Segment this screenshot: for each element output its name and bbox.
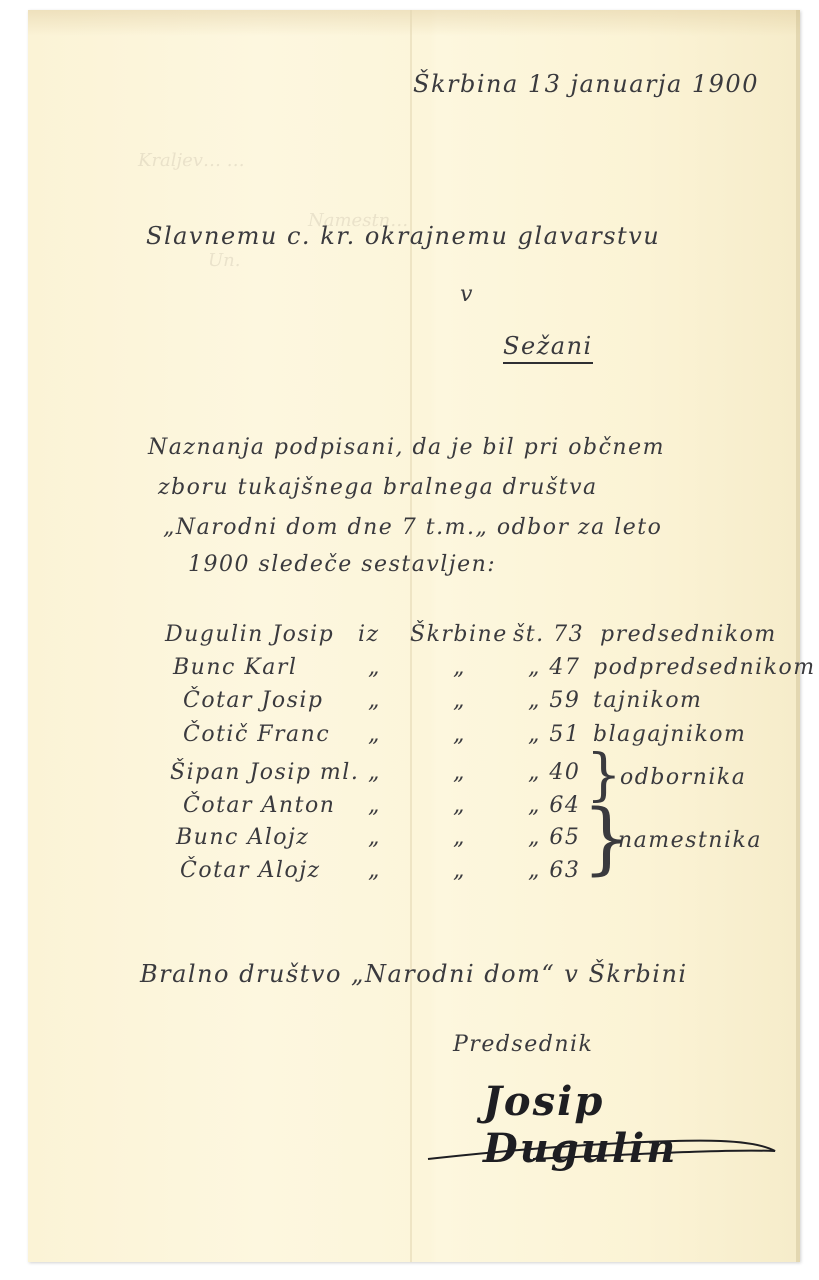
- member-village: „: [453, 722, 466, 747]
- letter-page: Kraljev… … Namestn… Un. Škrbina 13 janua…: [28, 10, 800, 1262]
- member-house-number: „ 47: [528, 655, 580, 680]
- member-house-number: „ 51: [528, 722, 580, 747]
- member-village: Škrbine: [410, 622, 508, 647]
- member-row: Čotič Franc „ „ „ 51 blagajnikom: [28, 722, 800, 756]
- member-village: „: [453, 688, 466, 713]
- bleed-through-text: Un.: [208, 250, 240, 271]
- member-from: „: [368, 793, 381, 818]
- bleed-through-text: Kraljev… …: [138, 150, 245, 171]
- member-village: „: [453, 793, 466, 818]
- body-line: zboru tukajšnega bralnega društva: [158, 475, 598, 500]
- member-house-number: „ 40: [528, 760, 580, 785]
- member-village: „: [453, 760, 466, 785]
- member-name: Šipan Josip ml.: [170, 760, 359, 785]
- member-name: Dugulin Josip: [165, 622, 334, 647]
- member-village: „: [453, 825, 466, 850]
- member-from: „: [368, 825, 381, 850]
- signature-flourish: [423, 1125, 783, 1165]
- member-row: Čotar Anton „ „ „ 64: [28, 793, 800, 827]
- group-role-namestniki: namestnika: [618, 828, 762, 853]
- member-row: Dugulin Josip iz Škrbine št. 73 predsedn…: [28, 622, 800, 656]
- member-house-number: „ 65: [528, 825, 580, 850]
- member-name: Čotar Anton: [183, 793, 335, 818]
- member-name: Bunc Karl: [173, 655, 297, 680]
- addressee-preposition: v: [460, 282, 474, 307]
- member-from: „: [368, 655, 381, 680]
- member-row: Čotar Josip „ „ „ 59 tajnikom: [28, 688, 800, 722]
- member-row: Čotar Alojz „ „ „ 63: [28, 858, 800, 892]
- society-name: Bralno društvo „Narodni dom“ v Škrbini: [140, 960, 688, 988]
- member-role: podpredsednikom: [593, 655, 816, 680]
- member-village: „: [453, 655, 466, 680]
- member-house-number: „ 59: [528, 688, 580, 713]
- member-row: Bunc Karl „ „ „ 47 podpredsednikom: [28, 655, 800, 689]
- member-house-number: „ 63: [528, 858, 580, 883]
- member-role: tajnikom: [593, 688, 702, 713]
- group-role-odborniki: odbornika: [620, 765, 746, 790]
- member-from: „: [368, 858, 381, 883]
- member-name: Bunc Alojz: [176, 825, 309, 850]
- member-village: „: [453, 858, 466, 883]
- member-house-number: „ 64: [528, 793, 580, 818]
- addressee-place: Sežani: [503, 332, 593, 364]
- member-name: Čotar Alojz: [180, 858, 321, 883]
- member-house-number: št. 73: [513, 622, 584, 647]
- member-from: „: [368, 688, 381, 713]
- member-name: Čotič Franc: [183, 722, 330, 747]
- member-from: „: [368, 722, 381, 747]
- body-line: 1900 sledeče sestavljen:: [188, 552, 496, 577]
- member-from: „: [368, 760, 381, 785]
- member-role: predsednikom: [600, 622, 777, 647]
- member-from: iz: [358, 622, 380, 647]
- signatory-title: Predsednik: [453, 1032, 593, 1057]
- body-line: „Narodni dom dne 7 t.m.„ odbor za leto: [163, 515, 662, 540]
- place-date: Škrbina 13 januarja 1900: [413, 70, 759, 98]
- body-line: Naznanja podpisani, da je bil pri občnem: [148, 435, 665, 460]
- member-name: Čotar Josip: [183, 688, 324, 713]
- addressee-line: Slavnemu c. kr. okrajnemu glavarstvu: [146, 222, 660, 250]
